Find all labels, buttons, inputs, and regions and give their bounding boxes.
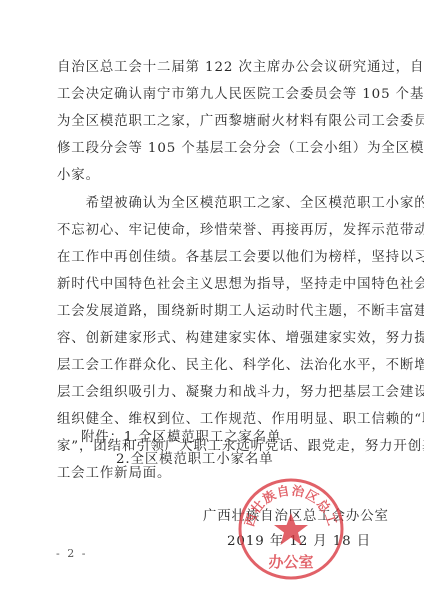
text-line: 修工段分会等 105 个基层工会分会（工会小组）为全区模范职工 — [57, 135, 379, 162]
text-line: 希望被确认为全区模范职工之家、全区模范职工小家的单位 — [57, 190, 379, 217]
text-line: 容、创新建家形式、构建建家实体、增强建家实效，努力提升基 — [57, 325, 379, 352]
text-line: 小家。 — [57, 162, 379, 189]
text-line: 工会发展道路，围绕新时期工人运动时代主题，不断丰富建家内 — [57, 298, 379, 325]
text-line: 自治区总工会十二届第 122 次主席办公会议研究通过，自治区总 — [57, 54, 379, 81]
attachment-2: 2.全区模范职工小家名单 — [116, 449, 273, 471]
text-line: 在工作中再创佳绩。各基层工会要以他们为榜样，坚持以习近平 — [57, 244, 379, 271]
official-seal-icon: 广西壮族自治区总工会 办公室 — [237, 477, 345, 581]
text-line: 层工会工作群众化、民主化、科学化、法治化水平，不断增强基 — [57, 352, 379, 379]
signature-date: 2019 年 12 月 18 日 — [227, 530, 371, 549]
signature-organization: 广西壮族自治区总工会办公室 — [203, 505, 389, 524]
text-line: 不忘初心、牢记使命，珍惜荣誉、再接再厉，发挥示范带动作用， — [57, 217, 379, 244]
attachment-item: 1.全区模范职工之家名单 — [124, 430, 281, 445]
text-line: 新时代中国特色社会主义思想为指导，坚持走中国特色社会主义 — [57, 271, 379, 298]
paragraph-1: 自治区总工会十二届第 122 次主席办公会议研究通过，自治区总 工会决定确认南宁… — [57, 54, 379, 189]
stamp-bottom-text: 办公室 — [268, 553, 313, 571]
text-line: 为全区模范职工之家，广西黎塘耐火材料有限公司工会委员会机 — [57, 108, 379, 135]
attachment-item: 2.全区模范职工小家名单 — [116, 452, 273, 467]
text-line: 工会决定确认南宁市第九人民医院工会委员会等 105 个基层工会 — [57, 81, 379, 108]
document-page: 自治区总工会十二届第 122 次主席办公会议研究通过，自治区总 工会决定确认南宁… — [0, 0, 424, 600]
attachment-1: 附件：1.全区模范职工之家名单 — [81, 427, 281, 449]
attachment-label: 附件： — [81, 430, 124, 445]
text-line: 层工会组织吸引力、凝聚力和战斗力，努力把基层工会建设成为 — [57, 379, 379, 406]
page-number: - 2 - — [56, 547, 87, 560]
